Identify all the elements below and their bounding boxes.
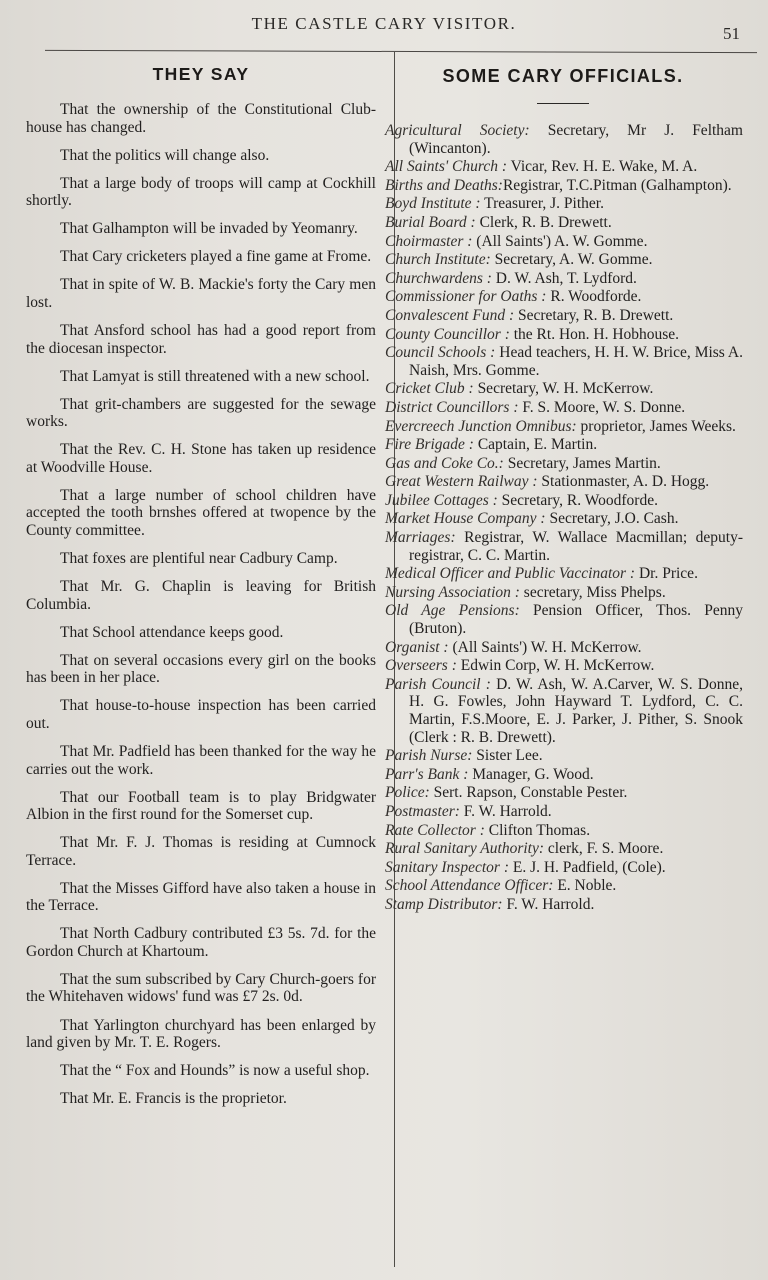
they-say-item: That our Football team is to play Bridgw… xyxy=(26,789,376,824)
official-entry: Churchwardens : D. W. Ash, T. Lydford. xyxy=(383,270,743,288)
official-entry: Sanitary Inspector : E. J. H. Padfield, … xyxy=(383,859,743,877)
official-entry: Convalescent Fund : Secretary, R. B. Dre… xyxy=(383,307,743,325)
they-say-item: That the ownership of the Constitutional… xyxy=(26,101,376,136)
they-say-list: That the ownership of the Constitutional… xyxy=(26,101,376,1108)
official-entry: County Councillor : the Rt. Hon. H. Hobh… xyxy=(383,326,743,344)
they-say-item: That Ansford school has had a good repor… xyxy=(26,322,376,357)
official-entry: Marriages: Registrar, W. Wallace Macmill… xyxy=(383,529,743,564)
official-detail: Secretary, R. B. Drewett. xyxy=(514,307,673,324)
official-detail: Manager, G. Wood. xyxy=(468,766,593,783)
official-detail: F. W. Harrold. xyxy=(503,896,595,913)
they-say-item: That in spite of W. B. Mackie's forty th… xyxy=(26,276,376,311)
official-detail: proprietor, James Weeks. xyxy=(577,418,736,435)
they-say-item: That Mr. E. Francis is the proprietor. xyxy=(26,1090,376,1108)
they-say-item: That the Misses Gifford have also taken … xyxy=(26,880,376,915)
official-entry: Choirmaster : (All Saints') A. W. Gomme. xyxy=(383,233,743,251)
official-detail: (All Saints') W. H. McKerrow. xyxy=(449,639,642,656)
official-detail: E. Noble. xyxy=(553,877,616,894)
running-head: THE CASTLE CARY VISITOR. 51 xyxy=(0,8,768,48)
organization-name: Rural Sanitary Authority: xyxy=(385,840,544,857)
organization-name: Gas and Coke Co.: xyxy=(385,455,504,472)
official-detail: (All Saints') A. W. Gomme. xyxy=(472,233,647,250)
organization-name: Organist : xyxy=(385,639,449,656)
officials-column: SOME CARY OFFICIALS. Agricultural Societ… xyxy=(383,52,743,915)
organization-name: Parish Council : xyxy=(385,676,491,693)
official-entry: Burial Board : Clerk, R. B. Drewett. xyxy=(383,214,743,232)
official-entry: Cricket Club : Secretary, W. H. McKerrow… xyxy=(383,380,743,398)
official-detail: Secretary, James Martin. xyxy=(504,455,661,472)
official-entry: Organist : (All Saints') W. H. McKerrow. xyxy=(383,639,743,657)
official-entry: Gas and Coke Co.: Secretary, James Marti… xyxy=(383,455,743,473)
official-entry: Rural Sanitary Authority: clerk, F. S. M… xyxy=(383,840,743,858)
they-say-item: That Lamyat is still threatened with a n… xyxy=(26,368,376,386)
official-detail: Captain, E. Martin. xyxy=(474,436,597,453)
official-detail: R. Woodforde. xyxy=(546,288,641,305)
official-detail: Sert. Rapson, Constable Pester. xyxy=(430,784,628,801)
organization-name: Evercreech Junction Omnibus: xyxy=(385,418,577,435)
organization-name: Boyd Institute : xyxy=(385,195,481,212)
organization-name: Old Age Pensions: xyxy=(385,602,520,619)
official-detail: Secretary, A. W. Gomme. xyxy=(491,251,653,268)
official-entry: Parr's Bank : Manager, G. Wood. xyxy=(383,766,743,784)
they-say-item: That School attendance keeps good. xyxy=(26,624,376,642)
they-say-item: That Mr. Padfield has been thanked for t… xyxy=(26,743,376,778)
official-detail: Treasurer, J. Pither. xyxy=(481,195,604,212)
official-detail: clerk, F. S. Moore. xyxy=(544,840,663,857)
organization-name: Rate Collector : xyxy=(385,822,485,839)
organization-name: Commissioner for Oaths : xyxy=(385,288,546,305)
organization-name: School Attendance Officer: xyxy=(385,877,553,894)
organization-name: Stamp Distributor: xyxy=(385,896,503,913)
official-entry: District Councillors : F. S. Moore, W. S… xyxy=(383,399,743,417)
organization-name: Church Institute: xyxy=(385,251,491,268)
organization-name: Parr's Bank : xyxy=(385,766,468,783)
organization-name: Churchwardens : xyxy=(385,270,492,287)
organization-name: Postmaster: xyxy=(385,803,460,820)
officials-list: Agricultural Society: Secretary, Mr J. F… xyxy=(383,122,743,914)
they-say-item: That the Rev. C. H. Stone has taken up r… xyxy=(26,441,376,476)
official-entry: Overseers : Edwin Corp, W. H. McKerrow. xyxy=(383,657,743,675)
organization-name: Choirmaster : xyxy=(385,233,472,250)
official-entry: Jubilee Cottages : Secretary, R. Woodfor… xyxy=(383,492,743,510)
official-entry: Fire Brigade : Captain, E. Martin. xyxy=(383,436,743,454)
official-entry: Postmaster: F. W. Harrold. xyxy=(383,803,743,821)
they-say-item: That the “ Fox and Hounds” is now a usef… xyxy=(26,1062,376,1080)
organization-name: Agricultural Society: xyxy=(385,122,530,139)
organization-name: District Councillors : xyxy=(385,399,518,416)
they-say-item: That the politics will change also. xyxy=(26,147,376,165)
publication-title: THE CASTLE CARY VISITOR. xyxy=(0,14,768,34)
organization-name: Council Schools : xyxy=(385,344,495,361)
organization-name: County Councillor : xyxy=(385,326,510,343)
section-title-they-say: THEY SAY xyxy=(26,64,376,85)
they-say-item: That grit-chambers are suggested for the… xyxy=(26,396,376,431)
official-entry: Births and Deaths:Registrar, T.C.Pitman … xyxy=(383,177,743,195)
official-entry: Nursing Association : secretary, Miss Ph… xyxy=(383,584,743,602)
organization-name: Market House Company : xyxy=(385,510,546,527)
organization-name: Burial Board : xyxy=(385,214,476,231)
official-entry: Police: Sert. Rapson, Constable Pester. xyxy=(383,784,743,802)
organization-name: Cricket Club : xyxy=(385,380,474,397)
organization-name: All Saints' Church : xyxy=(385,158,507,175)
section-title-officials: SOME CARY OFFICIALS. xyxy=(383,66,743,87)
they-say-item: That Cary cricketers played a fine game … xyxy=(26,248,376,266)
official-detail: Secretary, J.O. Cash. xyxy=(546,510,679,527)
official-entry: Evercreech Junction Omnibus: proprietor,… xyxy=(383,418,743,436)
organization-name: Births and Deaths: xyxy=(385,177,503,194)
organization-name: Nursing Association : xyxy=(385,584,520,601)
official-detail: secretary, Miss Phelps. xyxy=(520,584,666,601)
they-say-item: That the sum subscribed by Cary Church-g… xyxy=(26,971,376,1006)
official-detail: Registrar, T.C.Pitman (Galhampton). xyxy=(503,177,732,194)
official-detail: Sister Lee. xyxy=(472,747,542,764)
official-detail: F. S. Moore, W. S. Donne. xyxy=(518,399,685,416)
they-say-item: That a large body of troops will camp at… xyxy=(26,175,376,210)
official-detail: E. J. H. Padfield, (Cole). xyxy=(509,859,666,876)
official-entry: Parish Nurse: Sister Lee. xyxy=(383,747,743,765)
they-say-item: That Mr. F. J. Thomas is residing at Cum… xyxy=(26,834,376,869)
official-entry: Rate Collector : Clifton Thomas. xyxy=(383,822,743,840)
official-entry: School Attendance Officer: E. Noble. xyxy=(383,877,743,895)
organization-name: Fire Brigade : xyxy=(385,436,474,453)
organization-name: Sanitary Inspector : xyxy=(385,859,509,876)
official-entry: Stamp Distributor: F. W. Harrold. xyxy=(383,896,743,914)
organization-name: Marriages: xyxy=(385,529,456,546)
official-entry: Church Institute: Secretary, A. W. Gomme… xyxy=(383,251,743,269)
official-detail: the Rt. Hon. H. Hobhouse. xyxy=(510,326,679,343)
organization-name: Police: xyxy=(385,784,430,801)
they-say-item: That Mr. G. Chaplin is leaving for Briti… xyxy=(26,578,376,613)
official-entry: Medical Officer and Public Vaccinator : … xyxy=(383,565,743,583)
organization-name: Overseers : xyxy=(385,657,457,674)
official-entry: Market House Company : Secretary, J.O. C… xyxy=(383,510,743,528)
official-entry: Commissioner for Oaths : R. Woodforde. xyxy=(383,288,743,306)
official-detail: Secretary, W. H. McKerrow. xyxy=(474,380,654,397)
organization-name: Great Western Railway : xyxy=(385,473,538,490)
official-detail: Clerk, R. B. Drewett. xyxy=(476,214,612,231)
official-entry: Old Age Pensions: Pension Officer, Thos.… xyxy=(383,602,743,637)
organization-name: Jubilee Cottages : xyxy=(385,492,498,509)
official-detail: Edwin Corp, W. H. McKerrow. xyxy=(457,657,654,674)
page-number: 51 xyxy=(723,24,740,44)
official-detail: Stationmaster, A. D. Hogg. xyxy=(538,473,710,490)
official-detail: F. W. Harrold. xyxy=(460,803,552,820)
official-detail: Vicar, Rev. H. E. Wake, M. A. xyxy=(507,158,697,175)
official-entry: Agricultural Society: Secretary, Mr J. F… xyxy=(383,122,743,157)
they-say-item: That North Cadbury contributed £3 5s. 7d… xyxy=(26,925,376,960)
they-say-column: THEY SAY That the ownership of the Const… xyxy=(26,52,376,1118)
they-say-item: That house-to-house inspection has been … xyxy=(26,697,376,732)
official-detail: D. W. Ash, T. Lydford. xyxy=(492,270,637,287)
official-entry: Parish Council : D. W. Ash, W. A.Carver,… xyxy=(383,676,743,746)
official-detail: Dr. Price. xyxy=(635,565,698,582)
they-say-item: That on several occasions every girl on … xyxy=(26,652,376,687)
they-say-item: That foxes are plentiful near Cadbury Ca… xyxy=(26,550,376,568)
official-detail: Registrar, W. Wallace Macmillan; deputy-… xyxy=(409,529,743,564)
official-entry: Great Western Railway : Stationmaster, A… xyxy=(383,473,743,491)
official-entry: Council Schools : Head teachers, H. H. W… xyxy=(383,344,743,379)
they-say-item: That a large number of school children h… xyxy=(26,487,376,540)
title-rule xyxy=(537,103,589,104)
they-say-item: That Galhampton will be invaded by Yeoma… xyxy=(26,220,376,238)
official-detail: Secretary, R. Woodforde. xyxy=(498,492,658,509)
they-say-item: That Yarlington churchyard has been enla… xyxy=(26,1017,376,1052)
official-detail: Clifton Thomas. xyxy=(485,822,590,839)
organization-name: Convalescent Fund : xyxy=(385,307,514,324)
official-entry: Boyd Institute : Treasurer, J. Pither. xyxy=(383,195,743,213)
official-entry: All Saints' Church : Vicar, Rev. H. E. W… xyxy=(383,158,743,176)
organization-name: Medical Officer and Public Vaccinator : xyxy=(385,565,635,582)
organization-name: Parish Nurse: xyxy=(385,747,472,764)
